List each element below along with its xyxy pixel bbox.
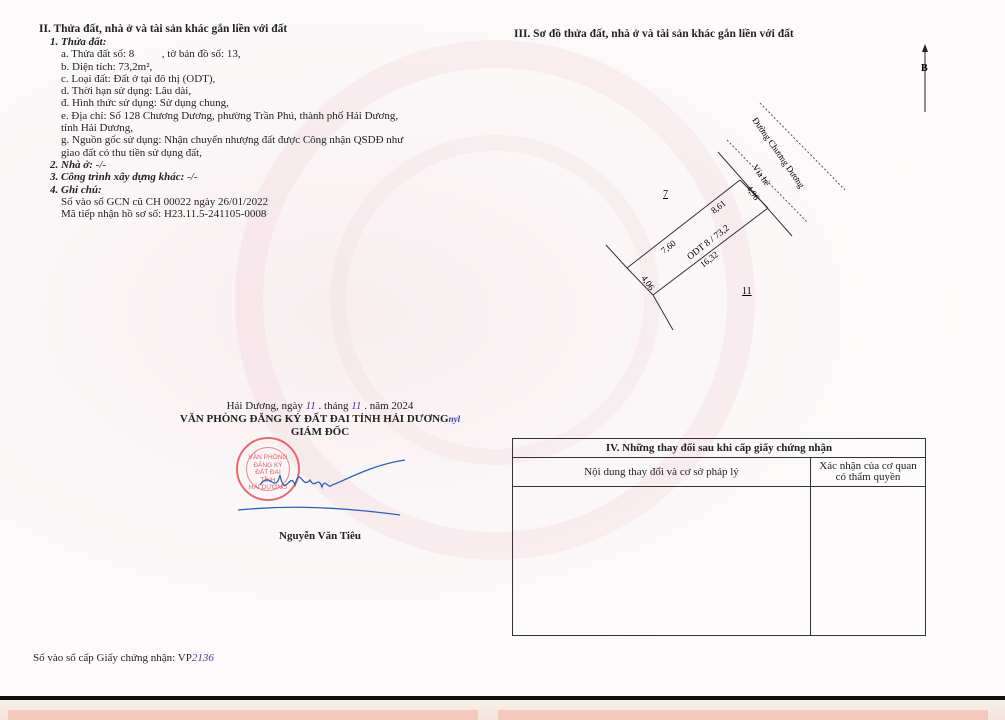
notes-label: 4. Ghi chú: — [39, 184, 403, 196]
land-item: d. Thời hạn sử dụng: Lâu dài, — [39, 85, 403, 97]
svg-text:11: 11 — [742, 286, 752, 297]
office-initial: nyl — [449, 414, 461, 424]
changes-content-cell — [513, 487, 811, 636]
column-header-confirmation: Xác nhận của cơ quan có thẩm quyền — [811, 458, 926, 487]
land-item: g. Nguồn gốc sử dụng: Nhận chuyển nhượng… — [39, 134, 403, 146]
note-item: Mã tiếp nhận hồ sơ số: H23.11.5-241105-0… — [39, 208, 403, 220]
office-name: VĂN PHÒNG ĐĂNG KÝ ĐẤT ĐAI TỈNH HẢI DƯƠNG… — [160, 413, 480, 425]
date-month-prefix: . tháng — [319, 400, 349, 412]
land-item: e. Địa chỉ: Số 128 Chương Dương, phường … — [39, 110, 403, 122]
land-item: giao đất có thu tiền sử dụng đất, — [39, 147, 403, 159]
next-page-strip — [0, 700, 1005, 720]
land-item: c. Loại đất: Đất ở tại đô thị (ODT), — [39, 73, 403, 85]
land-item: đ. Hình thức sử dụng: Sử dụng chung, — [39, 97, 403, 109]
date-month: 11 — [351, 400, 361, 412]
registry-number: Số vào sổ cấp Giấy chứng nhận: VP2136 — [33, 652, 214, 664]
signer-name: Nguyễn Văn Tiêu — [220, 530, 420, 542]
parcel-diagram: B Đường Chương Dương Vỉa hè 4,96 ODT 8 /… — [600, 40, 940, 340]
house-value: -/- — [96, 159, 106, 171]
date-day: 11 — [306, 400, 316, 412]
column-header-content: Nội dung thay đổi và cơ sở pháp lý — [513, 458, 811, 487]
land-item: a. Thửa đất số: 8 , tờ bản đồ số: 13, — [39, 48, 403, 60]
signer-role: GIÁM ĐỐC — [170, 426, 470, 438]
office-name-text: VĂN PHÒNG ĐĂNG KÝ ĐẤT ĐAI TỈNH HẢI DƯƠNG — [180, 413, 449, 425]
changes-table: IV. Những thay đổi sau khi cấp giấy chứn… — [512, 438, 926, 636]
section-2-body: 1. Thửa đất: a. Thửa đất số: 8 , tờ bản … — [39, 36, 403, 220]
issue-date: Hải Dương, ngày 11 . tháng 11 . năm 2024 — [170, 400, 470, 412]
house-label: 2. Nhà ở: — [50, 159, 93, 171]
col2-line2: có thẩm quyền — [812, 472, 924, 483]
land-item: tỉnh Hải Dương, — [39, 122, 403, 134]
section-3-title: III. Sơ đồ thửa đất, nhà ở và tài sản kh… — [514, 28, 794, 40]
note-item: Số vào sổ GCN cũ CH 00022 ngày 26/01/202… — [39, 196, 403, 208]
certificate-page: II. Thửa đất, nhà ở và tài sản khác gắn … — [0, 0, 1005, 696]
svg-text:7: 7 — [663, 189, 668, 200]
signature-icon — [230, 455, 410, 525]
land-heading: 1. Thửa đất: — [39, 36, 403, 48]
registry-label: Số vào sổ cấp Giấy chứng nhận: VP — [33, 652, 192, 664]
date-prefix: Hải Dương, ngày — [227, 400, 303, 412]
changes-confirmation-cell — [811, 487, 926, 636]
other-construction-label: 3. Công trình xây dựng khác: — [50, 171, 184, 183]
other-construction-value: -/- — [187, 171, 197, 183]
section-2-title: II. Thửa đất, nhà ở và tài sản khác gắn … — [39, 23, 287, 35]
svg-text:B: B — [921, 63, 928, 74]
svg-text:8,61: 8,61 — [709, 198, 728, 216]
land-item: b. Diện tích: 73,2m², — [39, 61, 403, 73]
section-4-title: IV. Những thay đổi sau khi cấp giấy chứn… — [513, 439, 926, 458]
registry-value: 2136 — [192, 652, 214, 664]
date-year: . năm 2024 — [364, 400, 413, 412]
